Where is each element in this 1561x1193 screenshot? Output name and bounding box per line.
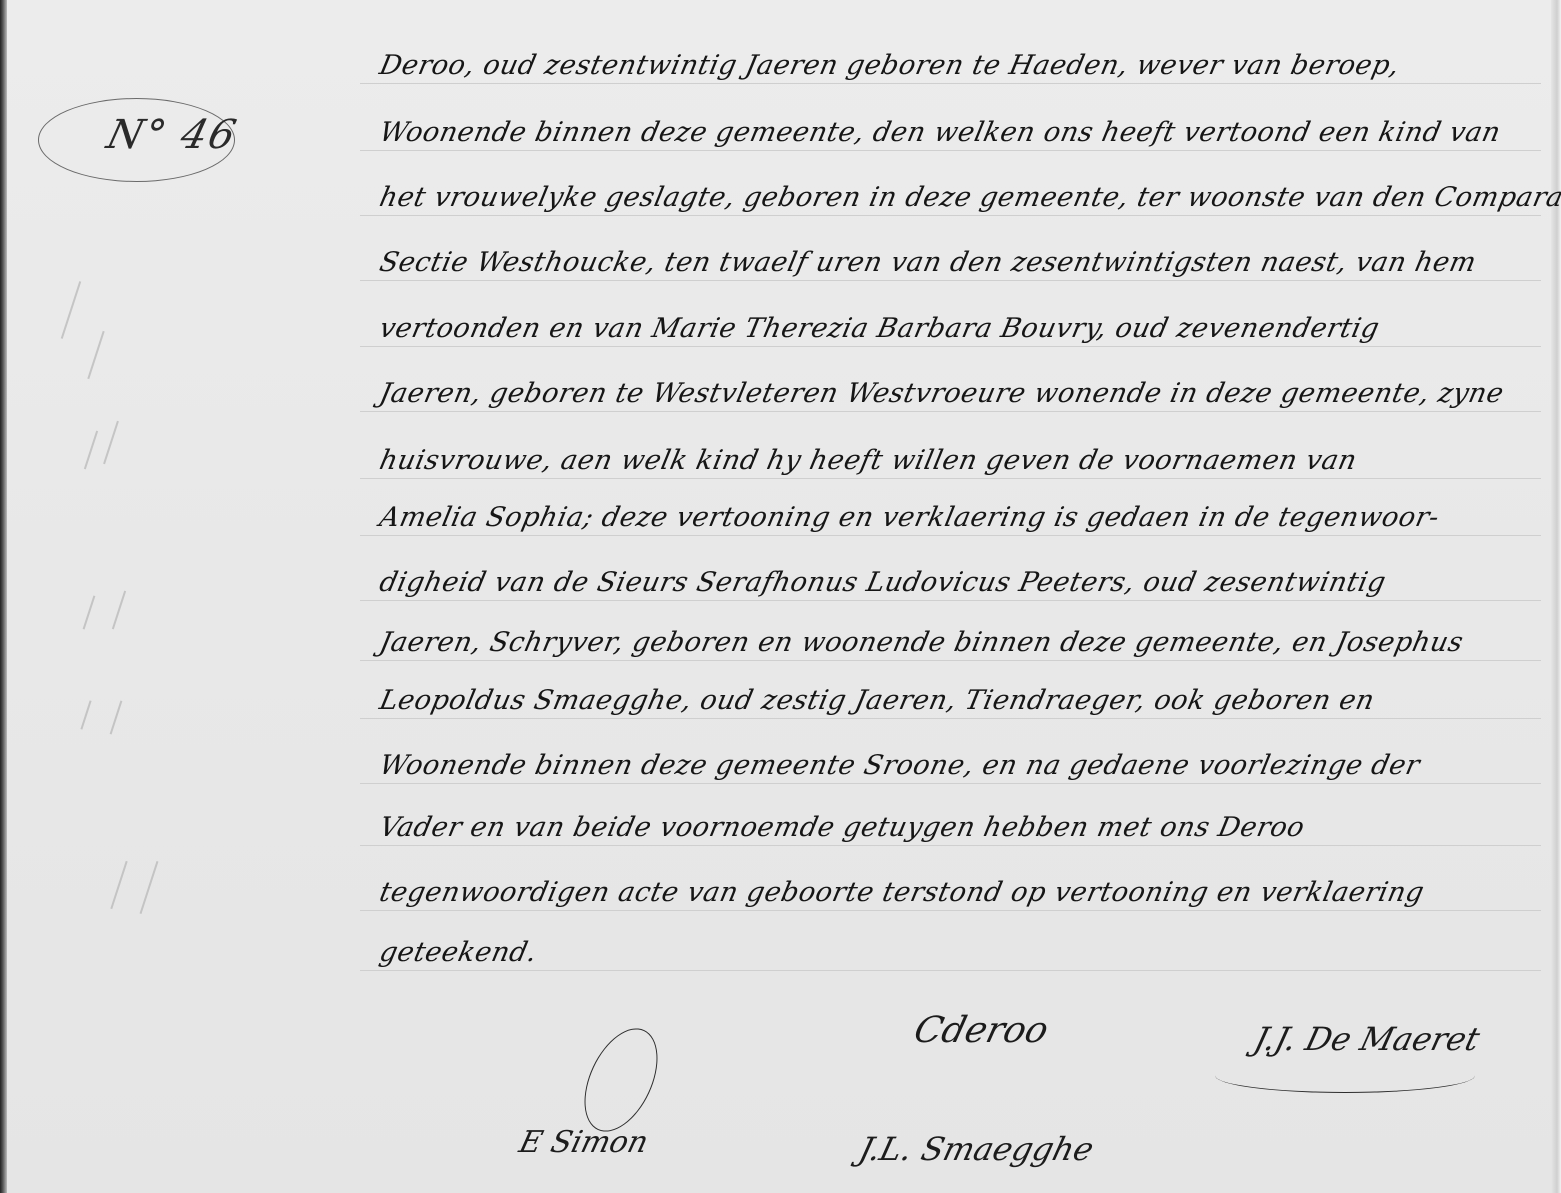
record-line-15: geteekend. <box>377 937 540 968</box>
signature-deroo: Cderoo <box>910 1010 1053 1051</box>
record-line-14: tegenwoordigen acte van geboorte terston… <box>377 877 1427 908</box>
ruled-line <box>360 535 1541 536</box>
ruled-line <box>360 346 1541 347</box>
archival-page: N° 46 Deroo, oud zestentwintig Jaeren ge… <box>0 0 1561 1193</box>
ruled-line <box>360 280 1541 281</box>
margin-record-number: N° 46 <box>102 112 242 158</box>
record-line-7: huisvrouwe, aen welk kind hy heeft wille… <box>377 445 1360 476</box>
ruled-line <box>360 600 1541 601</box>
ruled-line <box>360 83 1541 84</box>
record-line-3: het vrouwelyke geslagte, geboren in deze… <box>377 182 1561 213</box>
ruled-line <box>360 478 1541 479</box>
ruled-line <box>360 215 1541 216</box>
record-line-5: vertoonden en van Marie Therezia Barbara… <box>377 313 1383 344</box>
record-line-4: Sectie Westhoucke, ten twaelf uren van d… <box>377 247 1479 278</box>
ruled-line <box>360 910 1541 911</box>
record-line-11: Leopoldus Smaegghe, oud zestig Jaeren, T… <box>377 685 1378 716</box>
ruled-line <box>360 970 1541 971</box>
ruled-line <box>360 660 1541 661</box>
signature-simon: E Simon <box>516 1125 652 1160</box>
record-line-8: Amelia Sophia; deze vertooning en verkla… <box>377 502 1442 533</box>
ruled-line <box>360 718 1541 719</box>
signature-de-maeret: J.J. De Maeret <box>1250 1020 1483 1058</box>
record-line-12: Woonende binnen deze gemeente Sroone, en… <box>377 750 1423 781</box>
signature-smaegghe: J.L. Smaegghe <box>855 1130 1097 1168</box>
page-right-edge <box>1551 0 1561 1193</box>
record-line-1: Deroo, oud zestentwintig Jaeren geboren … <box>377 50 1403 81</box>
ruled-line <box>360 783 1541 784</box>
ruled-line <box>360 845 1541 846</box>
record-line-9: digheid van de Sieurs Serafhonus Ludovic… <box>377 567 1389 598</box>
page-binding-edge <box>0 0 7 1193</box>
ruled-line <box>360 411 1541 412</box>
record-line-10: Jaeren, Schryver, geboren en woonende bi… <box>377 627 1466 658</box>
record-line-6: Jaeren, geboren te Westvleteren Westvroe… <box>377 378 1507 409</box>
record-line-13: Vader en van beide voornoemde getuygen h… <box>377 812 1308 843</box>
record-line-2: Woonende binnen deze gemeente, den welke… <box>377 117 1504 148</box>
signature-flourish <box>1215 1058 1475 1093</box>
ruled-line <box>360 150 1541 151</box>
